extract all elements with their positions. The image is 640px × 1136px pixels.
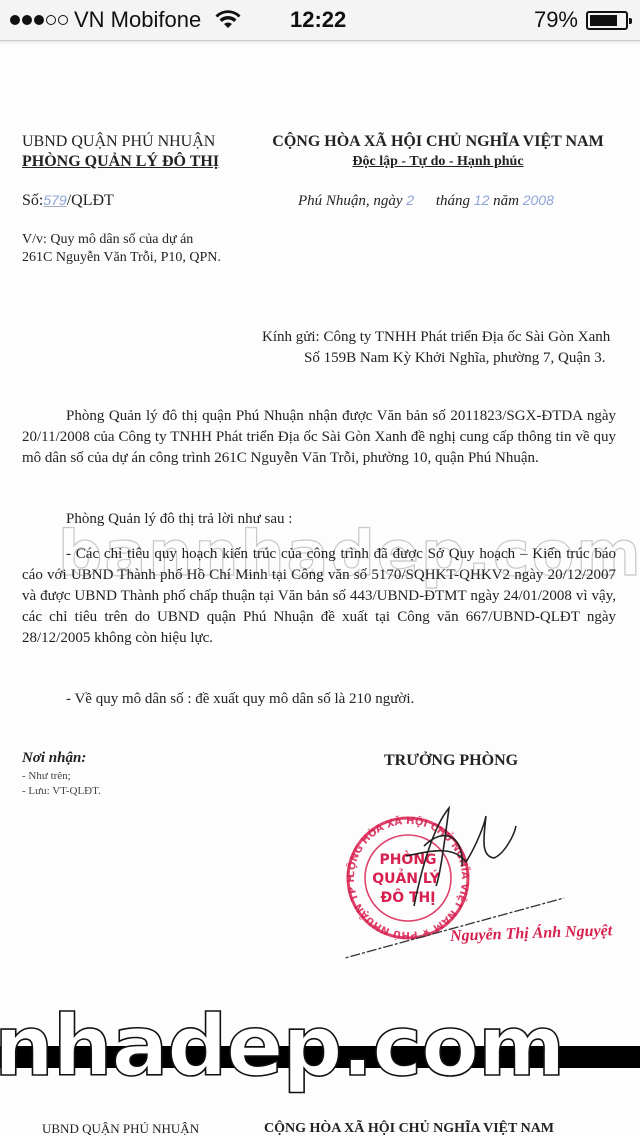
document-number: Số:579/QLĐT: [22, 192, 114, 210]
battery-fill: [590, 15, 617, 26]
status-bar: VN Mobifone 12:22 79%: [0, 0, 640, 41]
battery-group: 79%: [534, 7, 628, 33]
signatory-title: TRƯỞNG PHÒNG: [384, 752, 518, 770]
issuing-authority: UBND QUẬN PHÚ NHUẬN PHÒNG QUẢN LÝ ĐÔ THỊ: [22, 133, 219, 171]
number-suffix: /QLĐT: [67, 192, 114, 209]
date-year-label: năm: [493, 193, 519, 209]
carrier-name: VN Mobifone: [74, 7, 201, 33]
authority-line2: PHÒNG QUẢN LÝ ĐÔ THỊ: [22, 153, 219, 171]
wifi-icon: [215, 10, 241, 30]
signal-dot: [58, 15, 68, 25]
signal-dot: [34, 15, 44, 25]
body-paragraph: - Về quy mô dân số : đề xuất quy mô dân …: [66, 689, 414, 710]
battery-icon: [586, 11, 628, 30]
national-motto: CỘNG HÒA XÃ HỘI CHỦ NGHĨA VIỆT NAM Độc l…: [262, 133, 614, 170]
authority-line1: UBND QUẬN PHÚ NHUẬN: [22, 133, 219, 151]
number-handwritten: 579: [43, 192, 66, 208]
clock: 12:22: [290, 7, 346, 33]
recipients-list: Nơi nhận: - Như trên; - Lưu: VT-QLĐT.: [22, 751, 101, 799]
subject-line2: 261C Nguyễn Văn Trỗi, P10, QPN.: [22, 249, 221, 267]
body-paragraph: - Các chỉ tiêu quy hoạch kiến trúc của c…: [22, 544, 616, 649]
motto-line2: Độc lập - Tự do - Hạnh phúc: [262, 154, 614, 170]
signal-strength-icon: [10, 15, 68, 25]
svg-text:QUẢN LÝ: QUẢN LÝ: [372, 868, 440, 887]
signal-dot: [46, 15, 56, 25]
recipient-item: - Như trên;: [22, 769, 101, 784]
battery-percent: 79%: [534, 7, 578, 33]
signal-dot: [10, 15, 20, 25]
carrier-group: VN Mobifone: [10, 7, 241, 33]
next-page-authority: UBND QUẬN PHÚ NHUẬN: [42, 1121, 199, 1136]
date-year: 2008: [523, 192, 554, 208]
recipient-address: Kính gửi: Công ty TNHH Phát triển Địa ốc…: [262, 327, 610, 369]
date-day: 2: [406, 192, 414, 208]
subject-line1: V/v: Quy mô dân số của dự án: [22, 231, 221, 249]
motto-line1: CỘNG HÒA XÃ HỘI CHỦ NGHĨA VIỆT NAM: [262, 133, 614, 151]
next-page-motto: CỘNG HÒA XÃ HỘI CHỦ NGHĨA VIỆT NAM: [264, 1121, 554, 1136]
recipient-line1: Kính gửi: Công ty TNHH Phát triển Địa ốc…: [262, 327, 610, 348]
date-month: 12: [474, 192, 490, 208]
recipient-line2: Số 159B Nam Kỳ Khởi Nghĩa, phường 7, Quậ…: [262, 348, 610, 369]
document-page[interactable]: UBND QUẬN PHÚ NHUẬN PHÒNG QUẢN LÝ ĐÔ THỊ…: [0, 41, 640, 1136]
body-paragraph: Phòng Quản lý đô thị quận Phú Nhuận nhận…: [22, 406, 616, 469]
watermark-bold: nhadep.com: [0, 996, 564, 1096]
svg-text:ĐÔ THỊ: ĐÔ THỊ: [381, 888, 436, 906]
signal-dot: [22, 15, 32, 25]
date-place: Phú Nhuận, ngày: [298, 193, 403, 209]
document-date: Phú Nhuận, ngày 2 tháng 12 năm 2008: [298, 192, 554, 210]
recipient-item: - Lưu: VT-QLĐT.: [22, 784, 101, 799]
date-month-label: tháng: [436, 193, 470, 209]
recipients-title: Nơi nhận:: [22, 751, 101, 766]
number-prefix: Số:: [22, 192, 43, 209]
subject: V/v: Quy mô dân số của dự án 261C Nguyễn…: [22, 231, 221, 267]
